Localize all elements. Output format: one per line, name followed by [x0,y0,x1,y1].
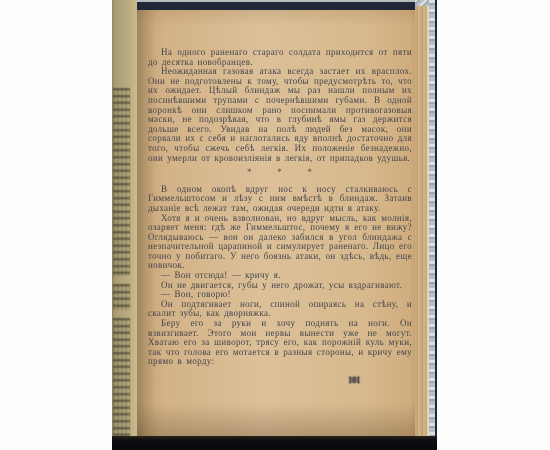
paragraph: На одного раненаго стараго солдата прихо… [148,48,412,67]
gutter-shadow [137,10,157,437]
left-page-edge [112,0,137,444]
paragraph: В одном окопѣ вдруг нос к носу сталкиваю… [148,185,412,214]
page-block-edge [415,6,429,439]
left-page-text-blur [113,318,130,436]
paragraph: Беру его за руки и хочу поднять на ноги.… [148,319,412,367]
paragraph: Неожиданная газовая атака всегда застает… [148,67,412,163]
cover-border [435,0,437,450]
page-number: 101 [148,376,412,386]
book-page: На одного раненаго стараго солдата прихо… [137,10,415,437]
paragraph: Хотя я и очень взволнован, но вдруг мысл… [148,214,412,272]
photo-bottom-backdrop [112,436,437,450]
screenshot-canvas: На одного раненаго стараго солдата прихо… [0,0,550,450]
left-page-text-blur [113,284,130,310]
page-text: На одного раненаго стараго солдата прихо… [148,48,412,386]
paragraph: Он подтягивает ноги, спиной опираясь на … [148,300,412,319]
section-separator: * * * [148,168,412,178]
photo-top-highlight [122,0,433,2]
left-page-text-blur [113,88,130,276]
book-photo: На одного раненаго стараго солдата прихо… [112,0,437,450]
